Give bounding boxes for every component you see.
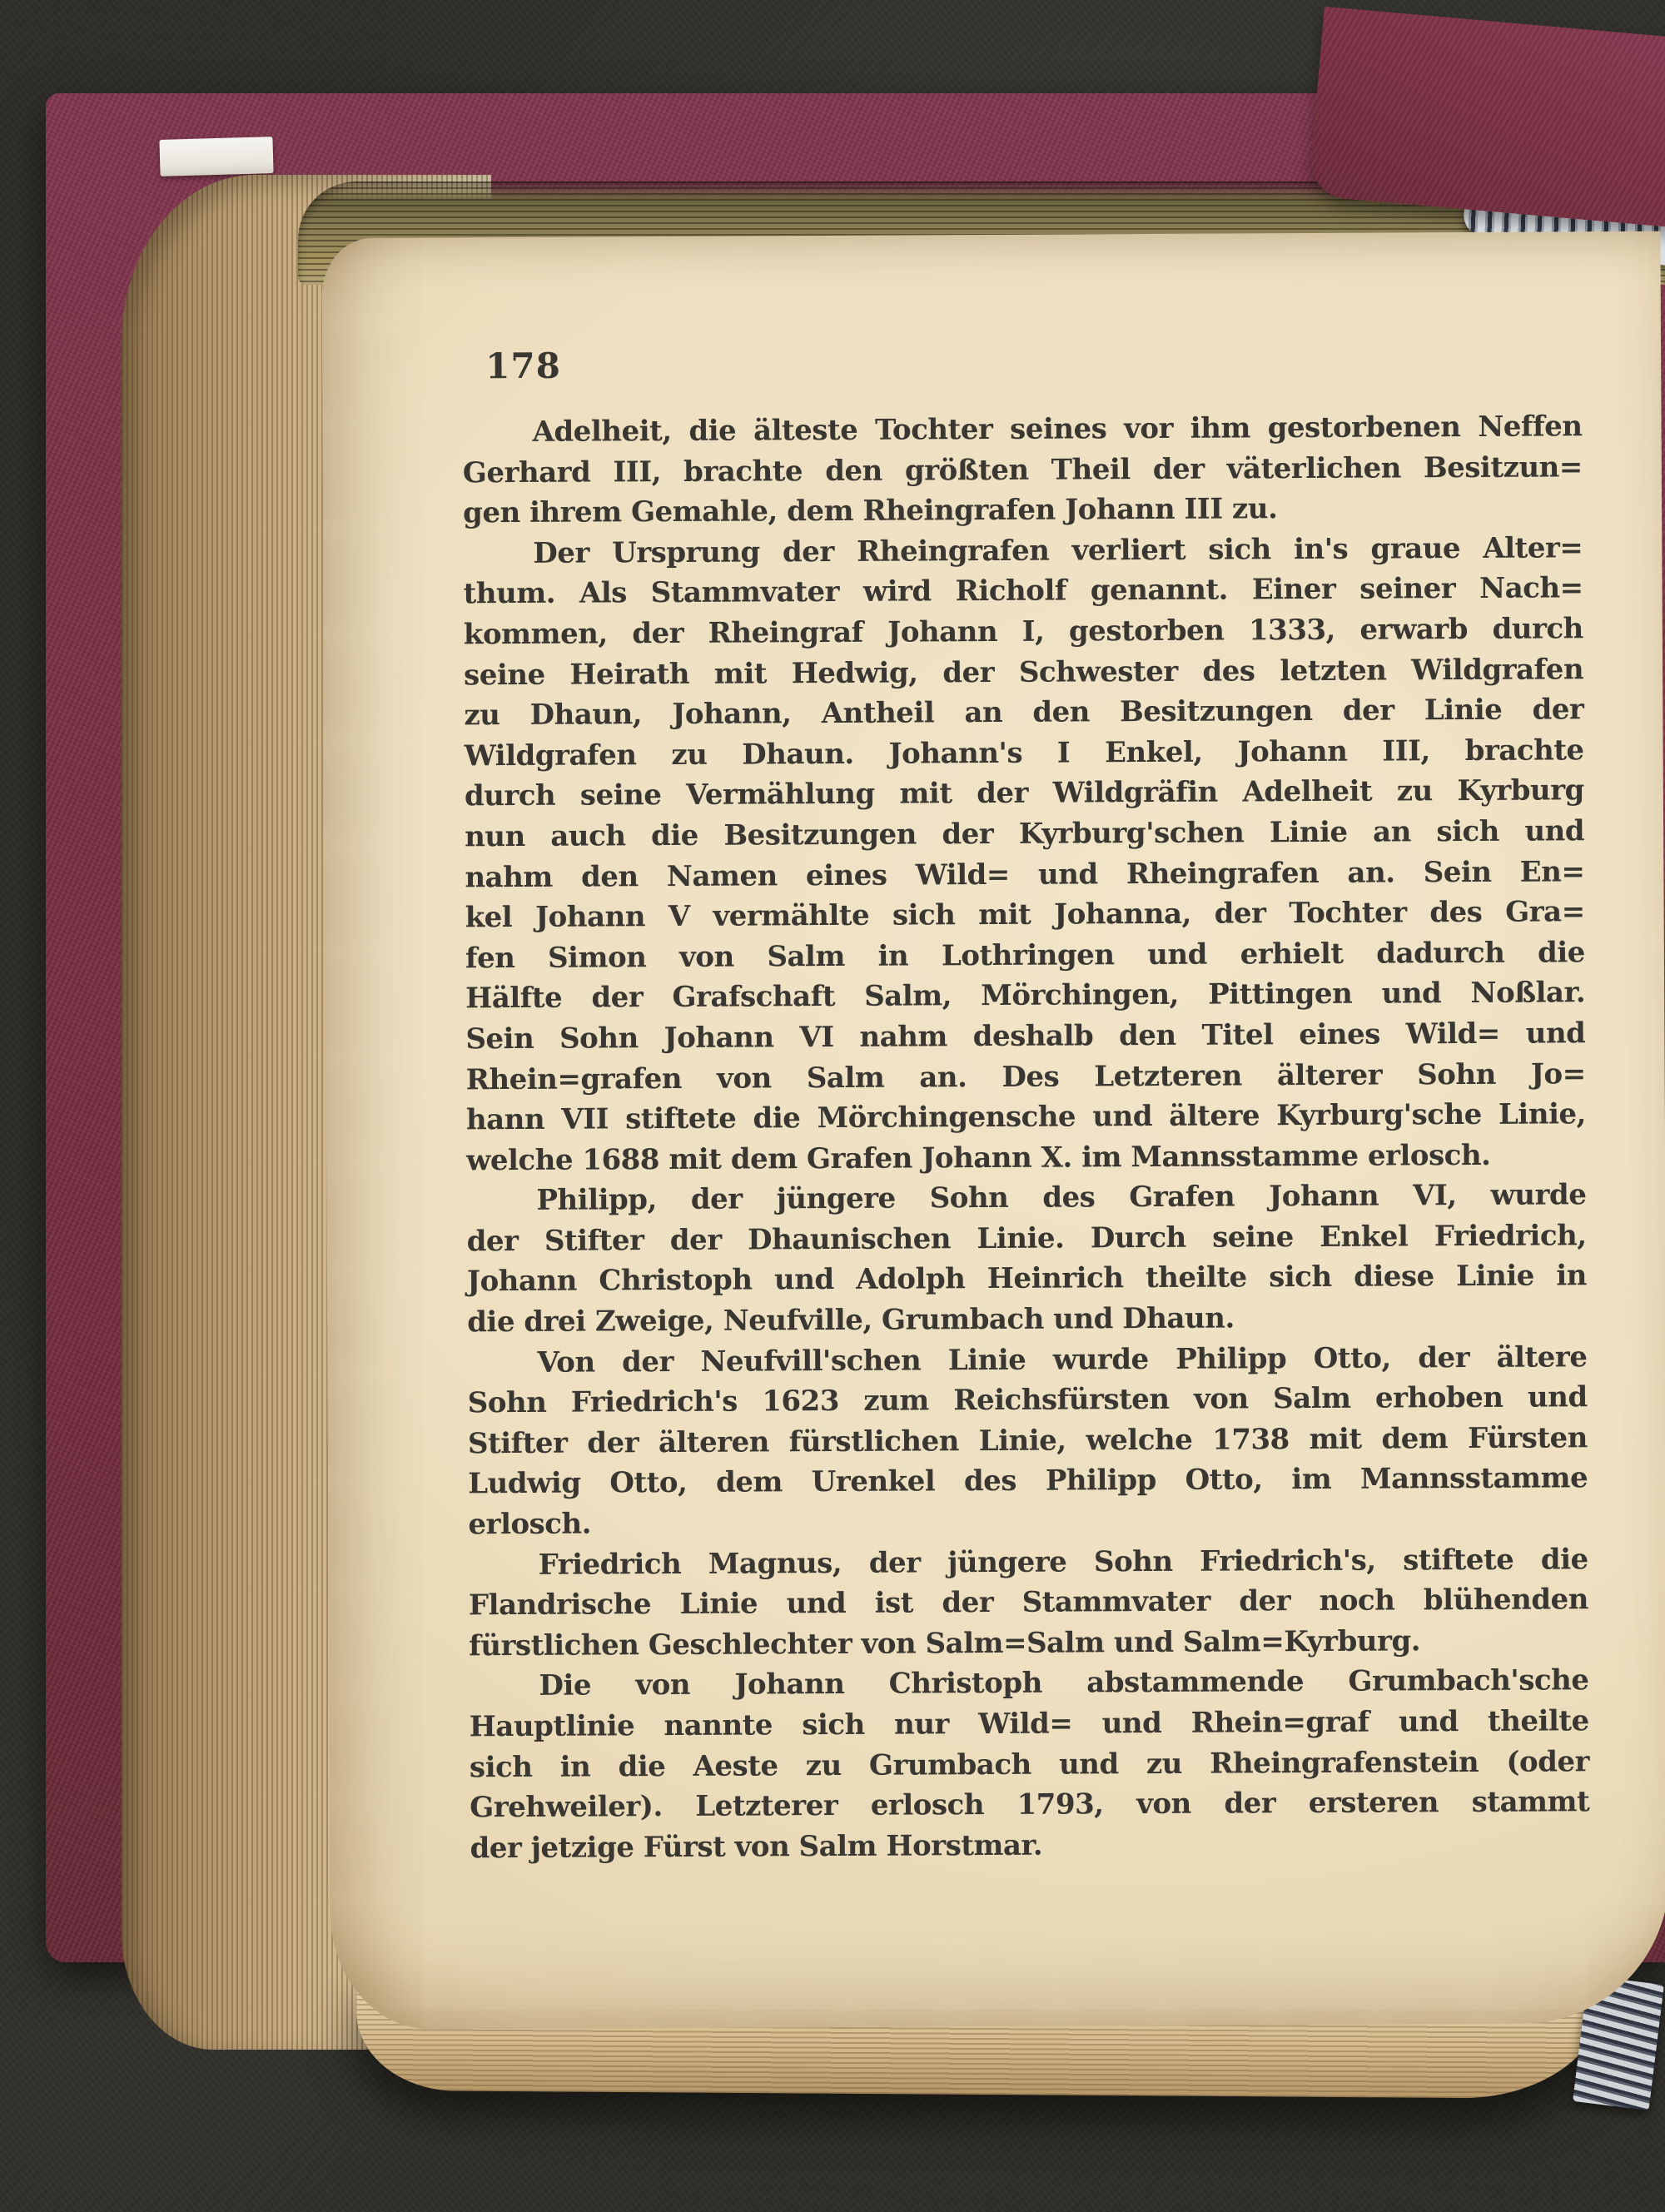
book-page: 178 Adelheit, die älteste Tochter seines…: [321, 231, 1665, 2030]
text-line: durch seine Vermählung mit der Wildgräfi…: [465, 774, 1584, 821]
text-line: erlosch.: [468, 1502, 1588, 1548]
text-line: der Stifter der Dhaunischen Linie. Durch…: [467, 1219, 1587, 1265]
text-line: Sohn Friedrich's 1623 zum Reichsfürsten …: [468, 1381, 1588, 1428]
text-line: Johann Christoph und Adolph Heinrich the…: [467, 1260, 1587, 1306]
page-number: 178: [485, 345, 561, 386]
text-line: Die von Johann Christoph abstammende Gru…: [469, 1664, 1588, 1711]
text-line: hann VII stiftete die Mörchingensche und…: [466, 1097, 1586, 1144]
text-line: Der Ursprung der Rheingrafen verliert si…: [463, 531, 1583, 578]
text-line: welche 1688 mit dem Grafen Johann X. im …: [466, 1138, 1586, 1185]
text-line: sich in die Aeste zu Grumbach und zu Rhe…: [470, 1745, 1589, 1792]
text-line: Grehweiler). Letzterer erlosch 1793, von…: [470, 1785, 1589, 1832]
text-line: Stifter der älteren fürstlichen Linie, w…: [468, 1421, 1588, 1468]
text-line: Hauptlinie nannte sich nur Wild= und Rhe…: [470, 1704, 1589, 1751]
text-line: seine Heirath mit Hedwig, der Schwester …: [464, 653, 1583, 699]
text-line: Wildgrafen zu Dhaun. Johann's I Enkel, J…: [465, 733, 1584, 780]
text-line: Rhein=grafen von Salm an. Des Letzteren …: [466, 1057, 1586, 1104]
text-line: Von der Neufvill'schen Linie wurde Phili…: [467, 1340, 1587, 1387]
text-line: der jetzige Fürst von Salm Horstmar.: [470, 1826, 1589, 1872]
text-line: Gerhard III, brachte den größten Theil d…: [463, 450, 1583, 497]
text-line: kel Johann V vermählte sich mit Johanna,…: [465, 895, 1585, 942]
book-cover-corner: [1308, 7, 1665, 233]
text-line: Flandrische Linie und ist der Stammvater…: [469, 1583, 1588, 1629]
text-line: Friedrich Magnus, der jüngere Sohn Fried…: [469, 1543, 1588, 1589]
text-line: kommen, der Rheingraf Johann I, gestorbe…: [464, 612, 1583, 659]
text-line: gen ihrem Gemahle, dem Rheingrafen Johan…: [463, 490, 1583, 537]
text-line: zu Dhaun, Johann, Antheil an den Besitzu…: [464, 693, 1583, 739]
text-block: Adelheit, die älteste Tochter seines vor…: [462, 410, 1589, 1872]
text-line: Ludwig Otto, dem Urenkel des Philipp Ott…: [468, 1462, 1588, 1509]
text-line: Philipp, der jüngere Sohn des Grafen Joh…: [466, 1179, 1586, 1225]
text-line: Hälfte der Grafschaft Salm, Mörchingen, …: [465, 977, 1585, 1023]
text-line: Adelheit, die älteste Tochter seines vor…: [462, 410, 1582, 456]
text-line: thum. Als Stammvater wird Richolf genann…: [464, 572, 1583, 619]
text-line: fürstlichen Geschlechter von Salm=Salm u…: [469, 1623, 1588, 1670]
paper-slip: [159, 137, 273, 176]
text-line: fen Simon von Salm in Lothringen und erh…: [465, 936, 1585, 982]
text-line: nahm den Namen eines Wild= und Rheingraf…: [465, 855, 1584, 902]
text-line: Sein Sohn Johann VI nahm deshalb den Tit…: [465, 1017, 1585, 1063]
text-line: nun auch die Besitzungen der Kyrburg'sch…: [465, 814, 1584, 861]
text-line: die drei Zweige, Neufville, Grumbach und…: [467, 1300, 1587, 1346]
